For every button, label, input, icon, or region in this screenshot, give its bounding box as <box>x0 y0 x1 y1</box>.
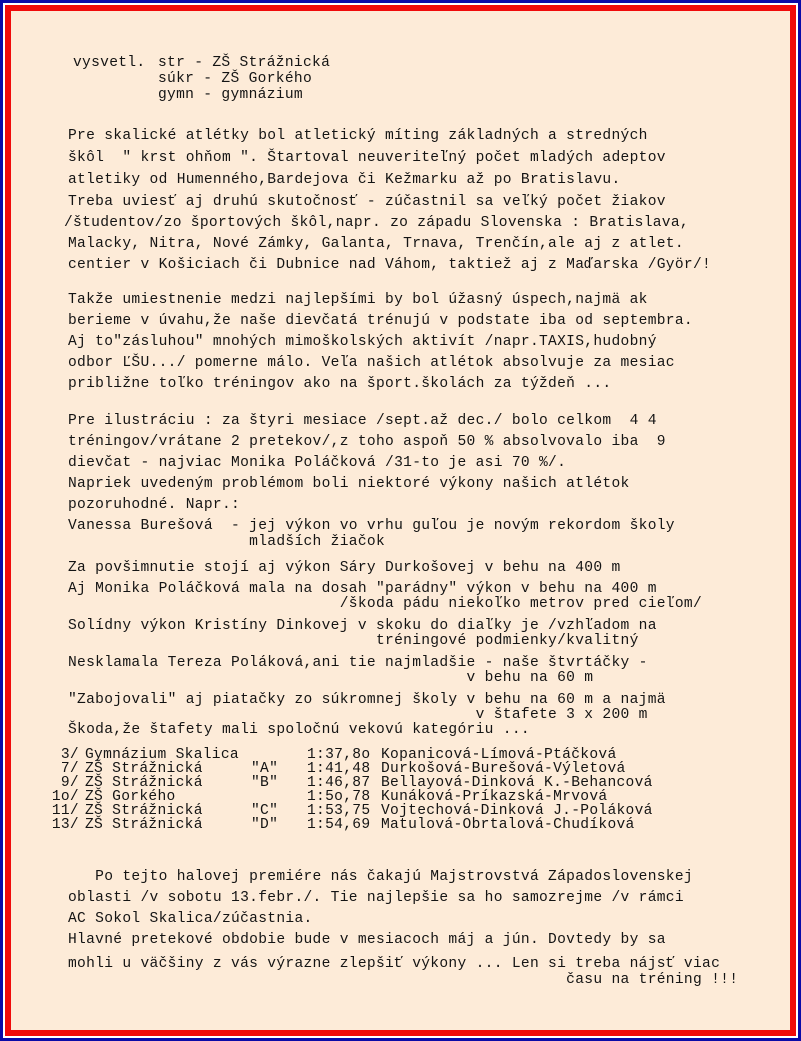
text-line: pozoruhodné. Napr.: <box>68 497 240 513</box>
relay-time: 1:53,75 <box>307 804 370 818</box>
text-line: škôl " krst ohňom ". Štartoval neuverite… <box>68 150 666 166</box>
legend-item: súkr - ZŠ Gorkého <box>158 71 312 87</box>
text-line: dievčat - najviac Monika Poláčková /31-t… <box>68 455 566 471</box>
rank: 11/ <box>51 804 79 818</box>
team-name: Gymnázium Skalica <box>85 748 239 762</box>
rank: 3/ <box>51 748 79 762</box>
team-name: ZŠ Strážnická <box>85 818 203 832</box>
highlight-line: "Zabojovali" aj piatačky zo súkromnej šk… <box>68 692 666 708</box>
rank: 13/ <box>51 818 79 832</box>
text-line: Pre ilustráciu : za štyri mesiace /sept.… <box>68 413 657 429</box>
team-name: ZŠ Strážnická <box>85 762 203 776</box>
highlight-line: /škoda pádu niekoľko metrov pred cieľom/ <box>68 596 702 612</box>
highlight-line: Nesklamala Tereza Poláková,ani tie najml… <box>68 655 648 671</box>
highlight-line: mladších žiačok <box>68 534 385 550</box>
relay-time: 1:37,8o <box>307 748 370 762</box>
relay-members: Durkošová-Burešová-Výletová <box>381 762 626 776</box>
legend-item: gymn - gymnázium <box>158 87 303 103</box>
text-line: Treba uviesť aj druhú skutočnosť - zúčas… <box>68 194 666 210</box>
text-line: času na tréning !!! <box>68 972 738 988</box>
text-line: berieme v úvahu,že naše dievčatá trénujú… <box>68 313 693 329</box>
team-label: "B" <box>251 776 278 790</box>
relay-row: 1o/ZŠ Gorkého1:5o,78Kunáková-Príkazská-M… <box>51 790 751 804</box>
highlight-line: Škoda,že štafety mali spoločnú vekovú ka… <box>68 722 530 738</box>
text-line: atletiky od Humenného,Bardejova či Kežma… <box>68 172 621 188</box>
team-name: ZŠ Strážnická <box>85 804 203 818</box>
relay-row: 3/Gymnázium Skalica1:37,8oKopanicová-Lím… <box>51 748 751 762</box>
rank: 1o/ <box>51 790 79 804</box>
highlight-line: Vanessa Burešová - jej výkon vo vrhu guľ… <box>68 518 675 534</box>
text-line: AC Sokol Skalica/zúčastnia. <box>68 911 313 927</box>
relay-time: 1:5o,78 <box>307 790 370 804</box>
rank: 9/ <box>51 776 79 790</box>
relay-time: 1:54,69 <box>307 818 370 832</box>
relay-row: 9/ZŠ Strážnická"B"1:46,87Bellayová-Dinko… <box>51 776 751 790</box>
text-line: Malacky, Nitra, Nové Zámky, Galanta, Trn… <box>68 236 684 252</box>
highlight-line: Za povšimnutie stojí aj výkon Sáry Durko… <box>68 560 621 576</box>
highlight-line: v behu na 60 m <box>68 670 593 686</box>
rank: 7/ <box>51 762 79 776</box>
text-line: Po tejto halovej premiére nás čakajú Maj… <box>68 869 693 885</box>
text-line: odbor ĽŠU.../ pomerne málo. Veľa našich … <box>68 355 675 371</box>
team-name: ZŠ Strážnická <box>85 776 203 790</box>
text-line: mohli u väčšiny z vás výrazne zlepšiť vý… <box>68 956 720 972</box>
relay-time: 1:46,87 <box>307 776 370 790</box>
text-line: Pre skalické atlétky bol atletický mítin… <box>68 128 648 144</box>
highlight-line: Aj Monika Poláčková mala na dosah "parád… <box>68 581 657 597</box>
relay-members: Vojtechová-Dinková J.-Poláková <box>381 804 653 818</box>
relay-members: Kunáková-Príkazská-Mrvová <box>381 790 607 804</box>
text-line: Aj to"zásluhou" mnohých mimoškolských ak… <box>68 334 657 350</box>
text-line: /študentov/zo športových škôl,napr. zo z… <box>64 215 689 231</box>
highlight-line: Solídny výkon Kristíny Dinkovej v skoku … <box>68 618 657 634</box>
relay-results-table: 3/Gymnázium Skalica1:37,8oKopanicová-Lím… <box>51 748 751 848</box>
text-line: Napriek uvedeným problémom boli niektoré… <box>68 476 630 492</box>
relay-members: Matulová-Obrtalová-Chudíková <box>381 818 635 832</box>
team-name: ZŠ Gorkého <box>85 790 176 804</box>
team-label: "D" <box>251 818 278 832</box>
text-line: Takže umiestnenie medzi najlepšími by bo… <box>68 292 648 308</box>
relay-row: 13/ZŠ Strážnická"D"1:54,69Matulová-Obrta… <box>51 818 751 832</box>
typewritten-page: vysvetl. str - ZŠ Strážnická súkr - ZŠ G… <box>11 11 790 1030</box>
text-line: centier v Košiciach či Dubnice nad Váhom… <box>68 257 711 273</box>
text-line: oblasti /v sobotu 13.febr./. Tie najlepš… <box>68 890 684 906</box>
relay-row: 7/ZŠ Strážnická"A"1:41,48Durkošová-Bureš… <box>51 762 751 776</box>
team-label: "A" <box>251 762 278 776</box>
highlight-line: v štafete 3 x 200 m <box>68 707 648 723</box>
relay-members: Kopanicová-Límová-Ptáčková <box>381 748 617 762</box>
relay-members: Bellayová-Dinková K.-Behancová <box>381 776 653 790</box>
relay-row: 11/ZŠ Strážnická"C"1:53,75Vojtechová-Din… <box>51 804 751 818</box>
text-line: tréningov/vrátane 2 pretekov/,z toho asp… <box>68 434 666 450</box>
text-line: Hlavné pretekové obdobie bude v mesiacoc… <box>68 932 666 948</box>
highlight-line: tréningové podmienky/kvalitný <box>68 633 639 649</box>
legend-prefix: vysvetl. <box>73 55 145 71</box>
text-line: približne toľko tréningov ako na šport.š… <box>68 376 611 392</box>
team-label: "C" <box>251 804 278 818</box>
legend-item: str - ZŠ Strážnická <box>158 55 330 71</box>
relay-time: 1:41,48 <box>307 762 370 776</box>
